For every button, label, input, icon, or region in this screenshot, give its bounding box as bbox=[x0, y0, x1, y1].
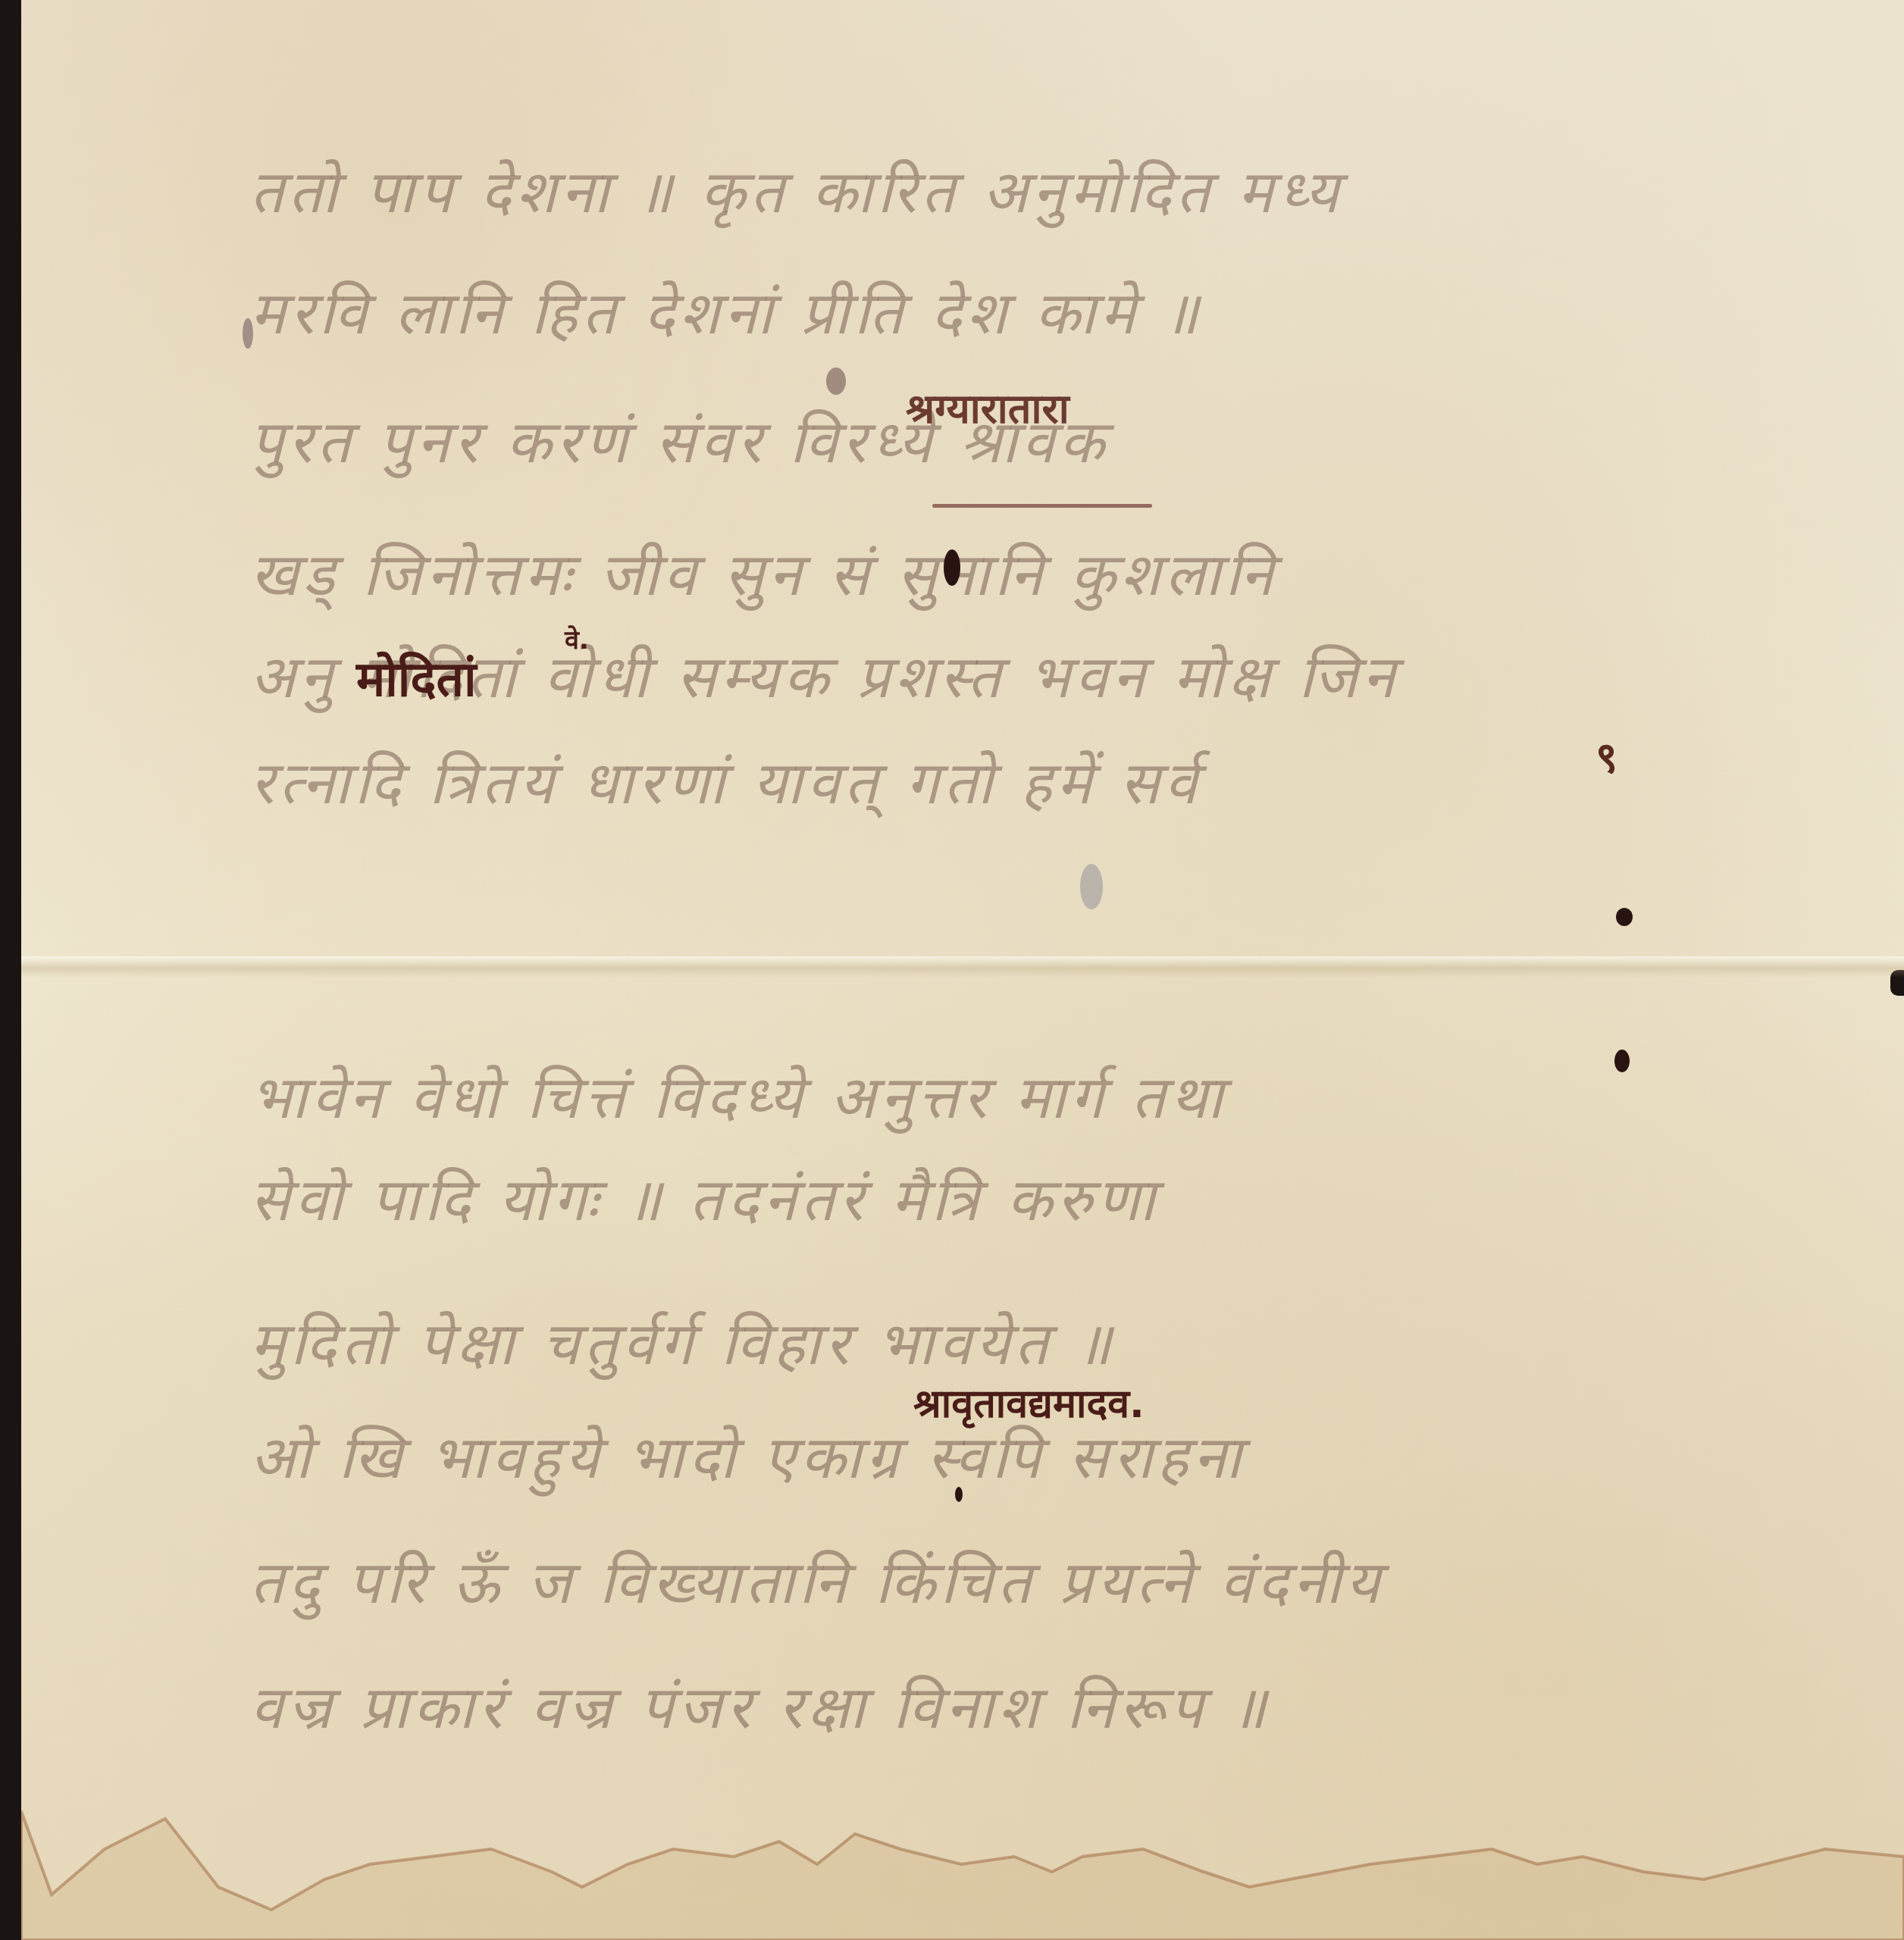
text-line: ततो पाप देशना ॥ कृत कारित अनुमोदित मध्य bbox=[250, 163, 1804, 222]
underline-mark bbox=[932, 504, 1152, 508]
text-line: तदु परि ऊँ ज विख्यातानि किंचित प्रयत्ने … bbox=[250, 1554, 1804, 1613]
text-line: मुदितो पेक्षा चतुर्वर्ग विहार भावयेत ॥ bbox=[250, 1315, 1804, 1374]
manuscript-text: ततो पाप देशना ॥ कृत कारित अनुमोदित मध्य … bbox=[0, 0, 1904, 1940]
ink-speck bbox=[826, 368, 846, 395]
margin-annotation: मोदितां bbox=[356, 644, 476, 710]
text-line: ओ खि भावहुये भादो एकाग्र स्वपि सराहना bbox=[250, 1428, 1804, 1488]
ink-blot bbox=[944, 549, 960, 586]
interlinear-annotation: श्रग्यारातारा bbox=[906, 379, 1069, 435]
ink-blot bbox=[1614, 1050, 1630, 1072]
page-numeral: ९ bbox=[1596, 727, 1617, 785]
text-line: रत्नादि त्रितयं धारणां यावत् गतो हमें सर… bbox=[250, 754, 1804, 813]
text-line: खड् जिनोत्तमः जीव सुन सं सुनानि कुशलानि bbox=[250, 546, 1804, 605]
text-line: मरवि लानि हित देशनां प्रीति देश कामे ॥ bbox=[250, 284, 1804, 343]
interlinear-annotation: श्रावृतावद्यमादव. bbox=[913, 1375, 1145, 1429]
text-line: अनु मोदितां वोधी सम्यक प्रशस्त भवन मोक्ष… bbox=[250, 648, 1804, 707]
text-line: सेवो पादि योगः ॥ तदनंतरं मैत्रि करुणा bbox=[250, 1171, 1804, 1230]
paper-speck bbox=[243, 318, 253, 349]
ink-blot bbox=[955, 1487, 963, 1502]
text-line: भावेन वेधो चित्तं विदध्ये अनुत्तर मार्ग … bbox=[250, 1069, 1804, 1128]
margin-annotation-superscript: वे. bbox=[565, 621, 589, 656]
text-line: वज्र प्राकारं वज्र पंजर रक्षा विनाश निरू… bbox=[250, 1679, 1804, 1738]
paper-speck bbox=[1080, 864, 1103, 909]
ink-blot bbox=[1616, 908, 1633, 926]
